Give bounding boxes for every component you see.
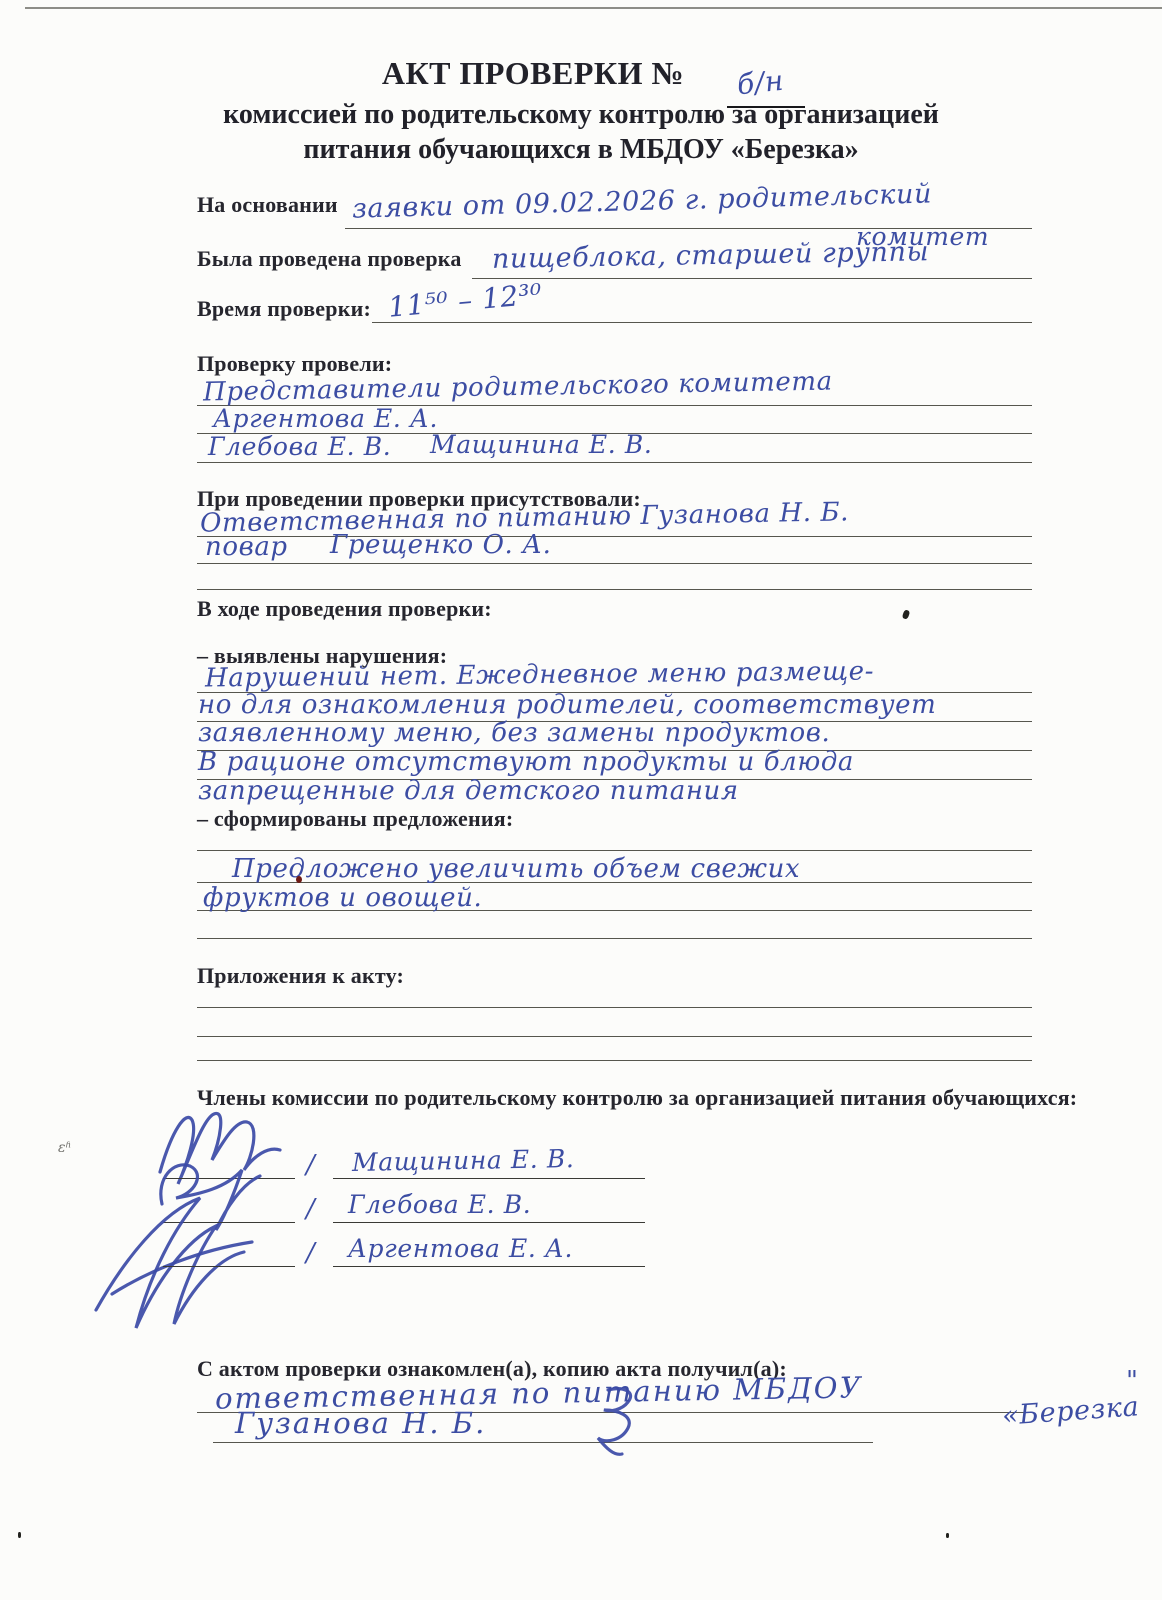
act-subtitle-line1: комиссией по родительскому контролю за о… — [0, 99, 1162, 131]
ack-handwriting-2: Гузанова Н. Б. — [235, 1406, 486, 1440]
conducted-by-label: Проверку провели: — [197, 351, 392, 377]
conducted-line-3 — [197, 462, 1032, 463]
time-label: Время проверки: — [197, 296, 371, 322]
scan-speck: ɛʱ — [58, 1140, 72, 1156]
ack-org-handwriting: «Березка — [1001, 1391, 1140, 1432]
scan-edge-line — [25, 7, 1162, 9]
proposals-line-3 — [197, 938, 1032, 939]
member1-name-line — [333, 1178, 645, 1179]
member1-name: Мащинина Е. В. — [352, 1144, 575, 1177]
attachments-line-1 — [197, 1007, 1032, 1008]
inspection-label: Была проведена проверка — [197, 246, 462, 272]
member3-name: Аргентова Е. А. — [348, 1234, 573, 1263]
ack-line-2 — [213, 1442, 873, 1443]
member2-name: Глебова Е. В. — [348, 1190, 531, 1219]
present-handwriting-2a: повар — [205, 532, 288, 562]
member2-name-line — [333, 1222, 645, 1223]
violations-handwriting-2: но для ознакомления родителей, соответст… — [198, 690, 936, 720]
scan-speck — [902, 609, 911, 620]
present-line-2 — [197, 563, 1032, 564]
violations-handwriting-3: заявленному меню, без замены продуктов. — [198, 718, 830, 748]
member3-signature-line — [163, 1266, 295, 1267]
proposals-label: – сформированы предложения: — [197, 806, 513, 832]
member1-slash: / — [306, 1150, 315, 1180]
violations-handwriting-4: В рационе отсутствуют продукты и блюда — [198, 747, 854, 777]
conducted-handwriting-2: Аргентова Е. А. — [213, 404, 438, 433]
time-line — [372, 322, 1032, 323]
commission-label: Члены комиссии по родительскому контролю… — [197, 1085, 1077, 1111]
inspection-handwriting: пищеблока, старшей группы — [492, 236, 930, 275]
act-number-handwritten: б/н — [735, 64, 785, 102]
scan-speck — [18, 1532, 21, 1538]
attachments-line-3 — [197, 1060, 1032, 1061]
member3-slash: / — [306, 1238, 315, 1268]
member3-signature — [88, 1190, 318, 1340]
inspection-line — [472, 278, 1032, 279]
act-subtitle-line2: питания обучающихся в МБДОУ «Березка» — [0, 134, 1162, 166]
attachments-line-2 — [197, 1036, 1032, 1037]
document-page: АКТ ПРОВЕРКИ № б/н комиссией по родитель… — [0, 0, 1162, 1600]
violations-handwriting-1: Нарушений нет. Ежедневное меню размеще- — [205, 656, 874, 693]
basis-handwriting-1: заявки от 09.02.2026 г. родительский — [352, 178, 933, 224]
conducted-handwriting-3b: Мащинина Е. В. — [430, 430, 652, 459]
violations-handwriting-5: запрещенные для детского питания — [198, 776, 739, 806]
time-handwriting: 11⁵⁰ – 12³⁰ — [387, 277, 544, 323]
conducted-handwriting-3a: Глебова Е. В. — [208, 432, 391, 461]
act-title: АКТ ПРОВЕРКИ № — [0, 55, 1114, 92]
ink-dot — [296, 876, 302, 883]
edge-quote-artifact: " — [1126, 1366, 1139, 1396]
proposals-line-0 — [197, 850, 1032, 851]
basis-label: На основании — [197, 192, 338, 218]
during-label: В ходе проведения проверки: — [197, 596, 492, 622]
scan-speck — [946, 1533, 949, 1538]
present-line-3 — [197, 589, 1032, 590]
ack-signature — [578, 1382, 648, 1460]
proposals-handwriting-2: фруктов и овощей. — [203, 883, 482, 913]
proposals-handwriting-1: Предложено увеличить объем свежих — [232, 854, 800, 884]
present-handwriting-2b: Грещенко О. А. — [330, 530, 551, 560]
member3-name-line — [333, 1266, 645, 1267]
attachments-label: Приложения к акту: — [197, 963, 404, 989]
